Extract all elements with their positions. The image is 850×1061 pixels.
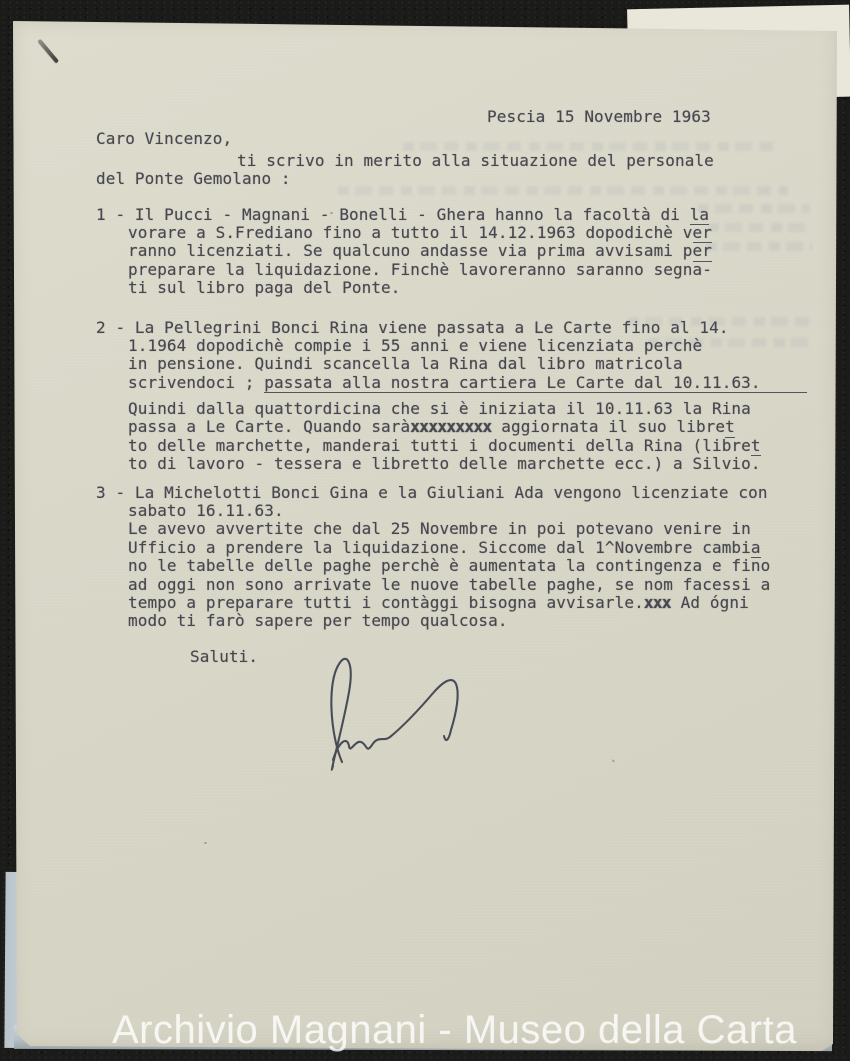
pen-mark [38, 39, 59, 64]
text-run: to delle marchette, manderai tutti i doc… [128, 436, 751, 455]
letter-date: Pescia 15 Novembre 1963 [487, 108, 796, 126]
letter-line: Le avevo avvertite che dal 25 Novembre i… [128, 520, 796, 538]
archive-watermark: Archivio Magnani - Museo della Carta [112, 1008, 797, 1053]
typed-letter-body: Pescia 15 Novembre 1963 Caro Vincenzo, t… [96, 108, 796, 666]
letter-line: in pensione. Quindi scancella la Rina da… [128, 355, 796, 373]
letter-line: 2 - La Pellegrini Bonci Rina viene passa… [96, 319, 796, 337]
letter-line: Ufficio a prendere la liquidazione. Sicc… [128, 539, 796, 557]
letter-line: sabato 16.11.63. [128, 502, 796, 520]
letter-line: Quindi dalla quattordicina che si è iniz… [128, 400, 796, 418]
letter-intro-line-1: ti scrivo in merito alla situazione del … [237, 152, 796, 170]
letter-line: to di lavoro - tessera e libretto delle … [128, 455, 796, 473]
letter-line: 3 - La Michelotti Bonci Gina e la Giulia… [96, 484, 796, 502]
letter-item-3: 3 - La Michelotti Bonci Gina e la Giulia… [96, 484, 796, 631]
typed-over-strikeout: xxx [644, 593, 671, 612]
letter-line: ad oggi non sono arrivate le nuove tabel… [128, 576, 796, 594]
underlined-phrase: passata alla nostra cartiera Le Carte da… [264, 373, 806, 394]
letter-salutation: Caro Vincenzo, [96, 130, 796, 148]
underlined-syllable: la [690, 205, 709, 226]
letter-line: ranno licenziati. Se qualcuno andasse vi… [128, 242, 796, 260]
letter-line: scrivendoci ; passata alla nostra cartie… [128, 374, 796, 392]
paper-fleck [612, 759, 615, 762]
letter-line: modo ti farò sapere per tempo qualcosa. [128, 612, 796, 630]
letter-line: no le tabelle delle paghe perchè è aumen… [128, 557, 796, 575]
text-run: Ufficio a prendere la liquidazione. Sicc… [128, 538, 751, 557]
letter-line: preparare la liquidazione. Finchè lavore… [128, 261, 796, 279]
text-run: 1 - Il Pucci - Magnani - Bonelli - Ghera… [96, 205, 690, 224]
letter-item-1: 1 - Il Pucci - Magnani - Bonelli - Ghera… [96, 206, 796, 298]
underlined-syllable: er [693, 241, 712, 262]
handwritten-signature [300, 634, 500, 784]
letter-line: tempo a preparare tutti i contàggi bisog… [128, 594, 796, 612]
text-run: Ad ógni [671, 593, 749, 612]
letter-item-2-paragraph-2: Quindi dalla quattordicina che si è iniz… [96, 400, 796, 474]
letter-line: 1.1964 dopodichè compie i 55 anni e vien… [128, 337, 796, 355]
text-run: passa a Le Carte. Quando sarà [128, 417, 410, 436]
letter-intro-line-2: del Ponte Gemolano : [96, 170, 796, 188]
text-run: scrivendoci ; [128, 373, 264, 392]
typed-over-strikeout: xxxxxxxxx [410, 417, 491, 436]
letter-page: Pescia 15 Novembre 1963 Caro Vincenzo, t… [8, 16, 842, 1052]
letter-line: ti sul libro paga del Ponte. [128, 279, 796, 297]
letter-item-2: 2 - La Pellegrini Bonci Rina viene passa… [96, 319, 796, 393]
text-run: ranno licenziati. Se qualcuno andasse vi… [128, 241, 693, 260]
letter-line: 1 - Il Pucci - Magnani - Bonelli - Ghera… [96, 206, 796, 224]
letter-line: vorare a S.Frediano fino a tutto il 14.1… [128, 224, 796, 242]
text-run: tempo a preparare tutti i contàggi bisog… [128, 593, 644, 612]
signature-svg [300, 634, 500, 784]
text-run: vorare a S.Frediano fino a tutto il 14.1… [128, 223, 693, 242]
letter-line: passa a Le Carte. Quando saràxxxxxxxxx a… [128, 418, 796, 436]
scanned-letter-view: Pescia 15 Novembre 1963 Caro Vincenzo, t… [0, 0, 850, 1061]
text-run: aggiornata il suo libre [492, 417, 726, 436]
letter-line: to delle marchette, manderai tutti i doc… [128, 437, 796, 455]
paper-fleck [204, 842, 207, 844]
